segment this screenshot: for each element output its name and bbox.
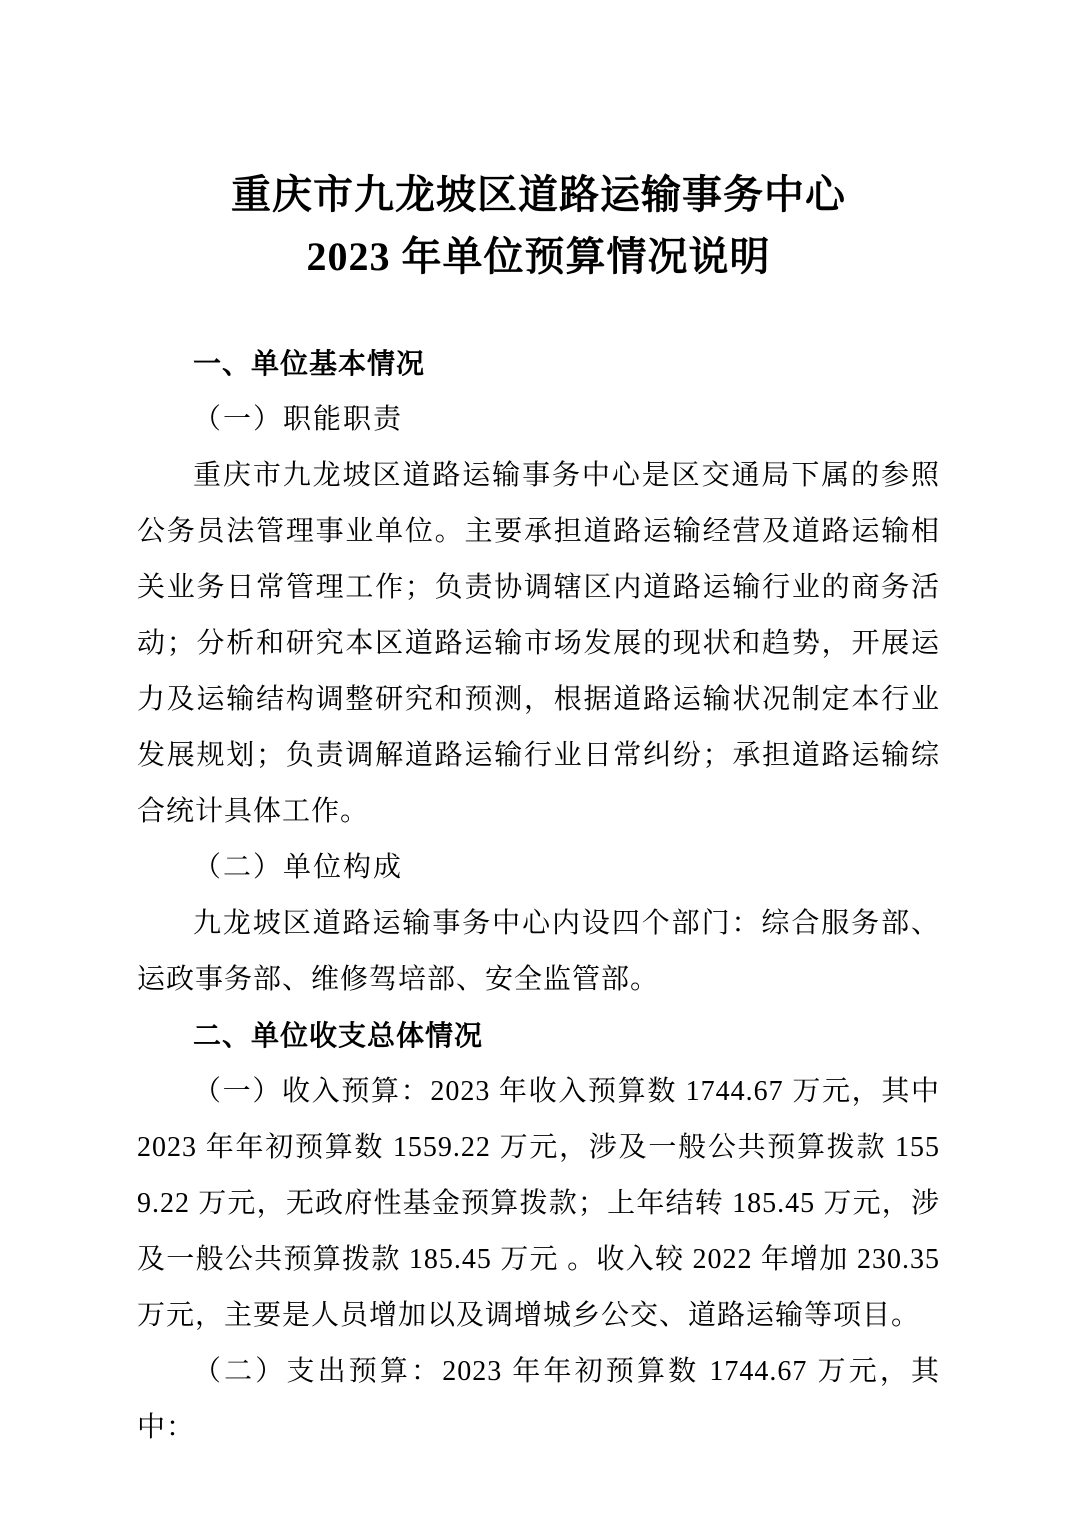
- paragraph-revenue-budget: （一）收入预算：2023 年收入预算数 1744.67 万元，其中 2023 年…: [137, 1064, 940, 1344]
- section-heading-revenue-expenditure: 二、单位收支总体情况: [137, 1008, 940, 1064]
- document-title-line2: 2023 年单位预算情况说明: [137, 226, 940, 288]
- paragraph-duties: 重庆市九龙坡区道路运输事务中心是区交通局下属的参照公务员法管理事业单位。主要承担…: [137, 448, 940, 840]
- document-title: 重庆市九龙坡区道路运输事务中心 2023 年单位预算情况说明: [137, 164, 940, 288]
- section-heading-unit-basic-info: 一、单位基本情况: [137, 336, 940, 392]
- subsection-heading-composition: （二）单位构成: [137, 840, 940, 896]
- subsection-heading-duties: （一）职能职责: [137, 392, 940, 448]
- document-page: 重庆市九龙坡区道路运输事务中心 2023 年单位预算情况说明 一、单位基本情况 …: [0, 0, 1074, 1520]
- paragraph-expenditure-budget: （二）支出预算：2023 年年初预算数 1744.67 万元，其中：: [137, 1344, 940, 1456]
- document-body: 一、单位基本情况 （一）职能职责 重庆市九龙坡区道路运输事务中心是区交通局下属的…: [137, 336, 940, 1456]
- document-title-line1: 重庆市九龙坡区道路运输事务中心: [137, 164, 940, 226]
- paragraph-composition: 九龙坡区道路运输事务中心内设四个部门：综合服务部、运政事务部、维修驾培部、安全监…: [137, 896, 940, 1008]
